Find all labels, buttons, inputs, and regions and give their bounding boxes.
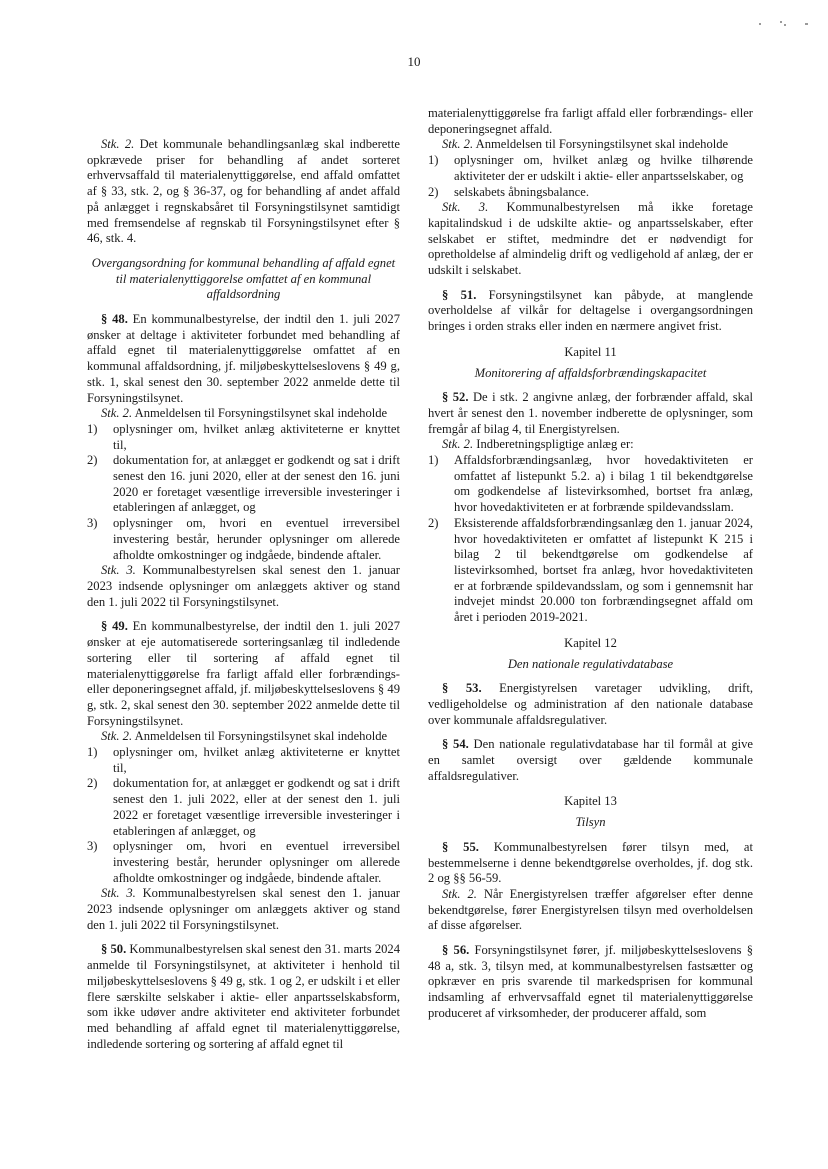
list-item: 3)oplysninger om, hvori en eventuel irre… xyxy=(87,516,400,563)
chapter-13-title: Tilsyn xyxy=(428,815,753,831)
section-number: § 49. xyxy=(101,619,128,633)
list-item: 2)dokumentation for, at anlægget er godk… xyxy=(87,776,400,839)
paragraph-54: § 54. Den nationale regulativdatabase ha… xyxy=(428,737,753,784)
paragraph-56: § 56. Forsyningstilsynet fører, jf. milj… xyxy=(428,943,753,1022)
chapter-12-title: Den nationale regulativdatabase xyxy=(428,657,753,673)
paragraph-48-list: 1)oplysninger om, hvilket anlæg aktivite… xyxy=(87,422,400,563)
paragraph-49-stk-3: Stk. 3. Kommunalbestyrelsen skal senest … xyxy=(87,886,400,933)
page-number: 10 xyxy=(0,54,828,70)
section-number: § 54. xyxy=(442,737,469,751)
chapter-13-label: Kapitel 13 xyxy=(428,794,753,810)
list-item: 2)dokumentation for, at anlægget er godk… xyxy=(87,453,400,516)
list-item: 3)oplysninger om, hvori en eventuel irre… xyxy=(87,839,400,886)
paragraph-49-stk-2: Stk. 2. Anmeldelsen til Forsyningstilsyn… xyxy=(87,729,400,745)
section-heading-transition: Overgangsordning for kommunal behandling… xyxy=(87,256,400,303)
section-number: § 56. xyxy=(442,943,469,957)
paragraph-50-continued: materialenyttiggørelse fra farligt affal… xyxy=(428,106,753,137)
paragraph-52-stk-2: Stk. 2. Indberetningspligtige anlæg er: xyxy=(428,437,753,453)
paragraph-47-stk-2: Stk. 2. Det kommunale behandlingsanlæg s… xyxy=(87,137,400,247)
list-item: 1)oplysninger om, hvilket anlæg aktivite… xyxy=(87,745,400,776)
section-number: § 52. xyxy=(442,390,469,404)
paragraph-50-stk-3: Stk. 3. Kommunalbestyrelsen må ikke fore… xyxy=(428,200,753,279)
chapter-11-title: Monitorering af affaldsforbrændingskapac… xyxy=(428,366,753,382)
section-number: § 48. xyxy=(101,312,128,326)
section-number: § 55. xyxy=(442,840,479,854)
list-item: 2)Eksisterende affaldsforbrændingsanlæg … xyxy=(428,516,753,626)
section-number: § 50. xyxy=(101,942,126,956)
chapter-12-label: Kapitel 12 xyxy=(428,636,753,652)
paragraph-55-stk-2: Stk. 2. Når Energistyrelsen træffer afgø… xyxy=(428,887,753,934)
paragraph-50-list: 1)oplysninger om, hvilket anlæg og hvilk… xyxy=(428,153,753,200)
paragraph-48: § 48. En kommunalbestyrelse, der indtil … xyxy=(87,312,400,406)
paragraph-51: § 51. Forsyningstilsynet kan påbyde, at … xyxy=(428,288,753,335)
paragraph-49: § 49. En kommunalbestyrelse, der indtil … xyxy=(87,619,400,729)
list-item: 1)oplysninger om, hvilket anlæg og hvilk… xyxy=(428,153,753,184)
paragraph-55: § 55. Kommunalbestyrelsen fører tilsyn m… xyxy=(428,840,753,887)
list-item: 2)selskabets åbningsbalance. xyxy=(428,185,753,201)
paragraph-50-stk-2: Stk. 2. Anmeldelsen til Forsyningstilsyn… xyxy=(428,137,753,153)
list-item: 1)oplysninger om, hvilket anlæg aktivite… xyxy=(87,422,400,453)
section-number: § 51. xyxy=(442,288,476,302)
paragraph-49-list: 1)oplysninger om, hvilket anlæg aktivite… xyxy=(87,745,400,886)
left-column: Stk. 2. Det kommunale behandlingsanlæg s… xyxy=(87,137,400,1052)
paragraph-52-list: 1)Affaldsforbrændingsanlæg, hvor hovedak… xyxy=(428,453,753,626)
paragraph-50: § 50. Kommunalbestyrelsen skal senest de… xyxy=(87,942,400,1052)
right-column: materialenyttiggørelse fra farligt affal… xyxy=(428,106,753,1022)
paragraph-52: § 52. De i stk. 2 angivne anlæg, der for… xyxy=(428,390,753,437)
scan-artifact-marks xyxy=(755,20,815,28)
list-item: 1)Affaldsforbrændingsanlæg, hvor hovedak… xyxy=(428,453,753,516)
chapter-11-label: Kapitel 11 xyxy=(428,345,753,361)
section-number: § 53. xyxy=(442,681,482,695)
paragraph-48-stk-2: Stk. 2. Anmeldelsen til Forsyningstilsyn… xyxy=(87,406,400,422)
paragraph-53: § 53. Energistyrelsen varetager udviklin… xyxy=(428,681,753,728)
stk-label: Stk. 2. xyxy=(101,137,134,151)
paragraph-48-stk-3: Stk. 3. Kommunalbestyrelsen skal senest … xyxy=(87,563,400,610)
